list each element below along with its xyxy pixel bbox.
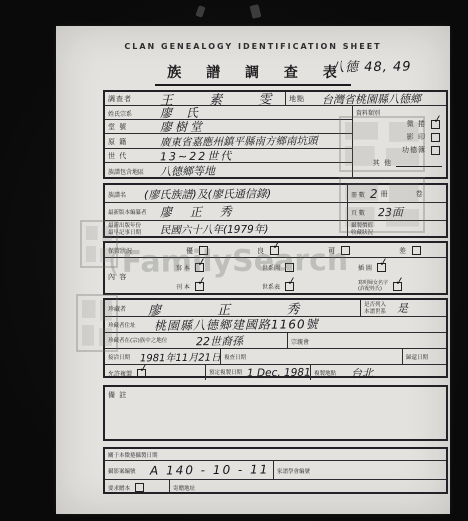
familysearch-tree-icon: ( (108, 245, 120, 280)
publication-date-label: 最新出版年份最早記事日期 (105, 222, 143, 237)
volume-count-value: 2 (367, 186, 378, 200)
handwritten-page-ref: 八德 48, 49 (328, 56, 412, 76)
content-pedigree-table: 世系表✓ (259, 281, 355, 291)
material-option-photocopy: 影 印 (353, 130, 446, 143)
notes-label: 備 註 (105, 387, 129, 400)
return-date-label: 歸還日期 (403, 352, 430, 361)
checkbox (431, 133, 440, 142)
checkmark: ✓ (429, 112, 443, 127)
checkbox (135, 483, 144, 492)
location-label: 地點 (286, 93, 307, 104)
society-number-label: 家譜學會編號 (274, 466, 312, 475)
book-info-table: 族譜名 (廖氏族譜)及(廖氏通信錄) 冊 數 2 冊 卷 最新版本編纂者 廖 正… (103, 183, 448, 238)
origin-value: 廣東省嘉應州鎮平縣南方鄉南坑頭 (157, 134, 318, 148)
checkmark: ✓ (135, 365, 149, 375)
volume-unit: 冊 (378, 188, 391, 199)
hall-label: 堂 號 (105, 121, 129, 132)
hall-value: 廖樹堂 (157, 120, 205, 133)
book-title-label: 族譜名 (105, 189, 128, 199)
material-option-other: 其 他 (353, 156, 446, 169)
contact-date-value: 1981年11月21日 (137, 349, 220, 364)
genealogy-form-page: CLAN GENEALOGY IDENTIFICATION SHEET 族 譜 … (56, 26, 450, 514)
request-copy-label: 要求贈本 (105, 483, 132, 492)
survey-info-table: 調查者 王 素 雯 地點 台灣省桃園縣八德鄉 姓氏宗系 廖 氏 堂 號 廖樹堂 … (103, 90, 448, 179)
pages-value: 23面 (375, 203, 403, 219)
coverage-area-value: 八德鄉等地 (157, 163, 215, 179)
owner-table: 珍藏者 廖 正 秀 是否列入本譜世系 是 珍藏者住址 桃園縣八德鄉建國路1160… (103, 298, 448, 378)
listed-in-pedigree-label: 是否列入本譜世系 (361, 301, 388, 316)
sheet-heading: CLAN GENEALOGY IDENTIFICATION SHEET (56, 42, 450, 51)
clan-label: 姓氏宗系 (105, 108, 134, 118)
owner-name-value: 廖 正 秀 (145, 300, 325, 316)
generations-label: 世 代 (105, 150, 129, 161)
familysearch-watermark: (FamilySearch (108, 243, 349, 280)
volume-count-label: 冊 數 (348, 189, 367, 199)
keeping-value-label: 攝製價值收藏狀況 (348, 222, 375, 237)
copy-place-label: 複製地點 (311, 368, 338, 377)
condition-option-poor: 差 (396, 245, 420, 256)
permission-to-copy-label: 允許複製 (105, 368, 134, 378)
copy-date-value: 1 Dec. 1981 (244, 366, 310, 379)
office-use-table: 關于本微捲攝製日期 攝影案編號 A 140 - 10 - 11 家譜學會編號 要… (103, 447, 448, 494)
send-address-label: 寄贈地址 (170, 483, 197, 492)
clan-association-label: 宗親會 (288, 336, 311, 346)
owner-label: 珍藏者 (105, 303, 128, 313)
clan-value: 廖 氏 (157, 106, 203, 119)
owner-position-label: 珍藏者在(宗)族中之地位 (105, 337, 169, 345)
copy-date-label: 預定複製日期 (206, 369, 244, 377)
book-title-value: (廖氏族譜)及(廖氏通信錄) (141, 185, 271, 202)
compiler-value: 廖 正 秀 (157, 203, 239, 220)
generations-value: 13~22世代 (157, 149, 233, 162)
film-case-number-value: A 140 - 10 - 11 (147, 462, 269, 477)
copy-place-value: 台北 (348, 365, 373, 380)
owner-address-label: 珍藏者住址 (105, 320, 138, 329)
surveyor-label: 調查者 (105, 93, 134, 104)
location-value: 台灣省桃園縣八德鄉 (319, 92, 421, 105)
content-women-names: 寫明婦女名字(許配姓氏) ✓ (355, 279, 446, 293)
contact-date-label: 接洽日期 (105, 352, 132, 361)
publication-date-value: 民國六十八年(1979年) (157, 221, 268, 237)
notes-box: 備 註 (103, 385, 448, 441)
pages-label: 頁 數 (348, 207, 367, 217)
checkbox (431, 146, 440, 155)
recheck-date-label: 複查日期 (221, 352, 248, 361)
material-option-merit-book: 功德簿 (353, 143, 446, 156)
origin-label: 原 籍 (105, 136, 129, 147)
volume-unit-2: 卷 (413, 188, 426, 199)
surveyor-value: 王 素 雯 (157, 92, 285, 105)
coverage-area-label: 族譜包含地區 (105, 166, 146, 176)
listed-in-pedigree-value: 是 (394, 300, 408, 316)
compiler-label: 最新版本編纂者 (105, 207, 149, 216)
material-type-block: 資料類別 微 捲 ✓ 影 印 功德簿 其 他 (352, 106, 446, 179)
content-printed: 刊 本✓ (173, 281, 259, 291)
content-illustrations: 插 圖✓ (355, 262, 446, 272)
owner-address-value: 桃園縣八德鄉建國路1160號 (151, 317, 319, 332)
film-case-number-label: 攝影案編號 (105, 466, 138, 475)
office-header: 關于本微捲攝製日期 (105, 450, 160, 459)
owner-position-value: 22世裔孫 (193, 333, 243, 348)
other-blank-line (396, 158, 442, 167)
material-option-microfilm: 微 捲 ✓ (353, 117, 446, 130)
